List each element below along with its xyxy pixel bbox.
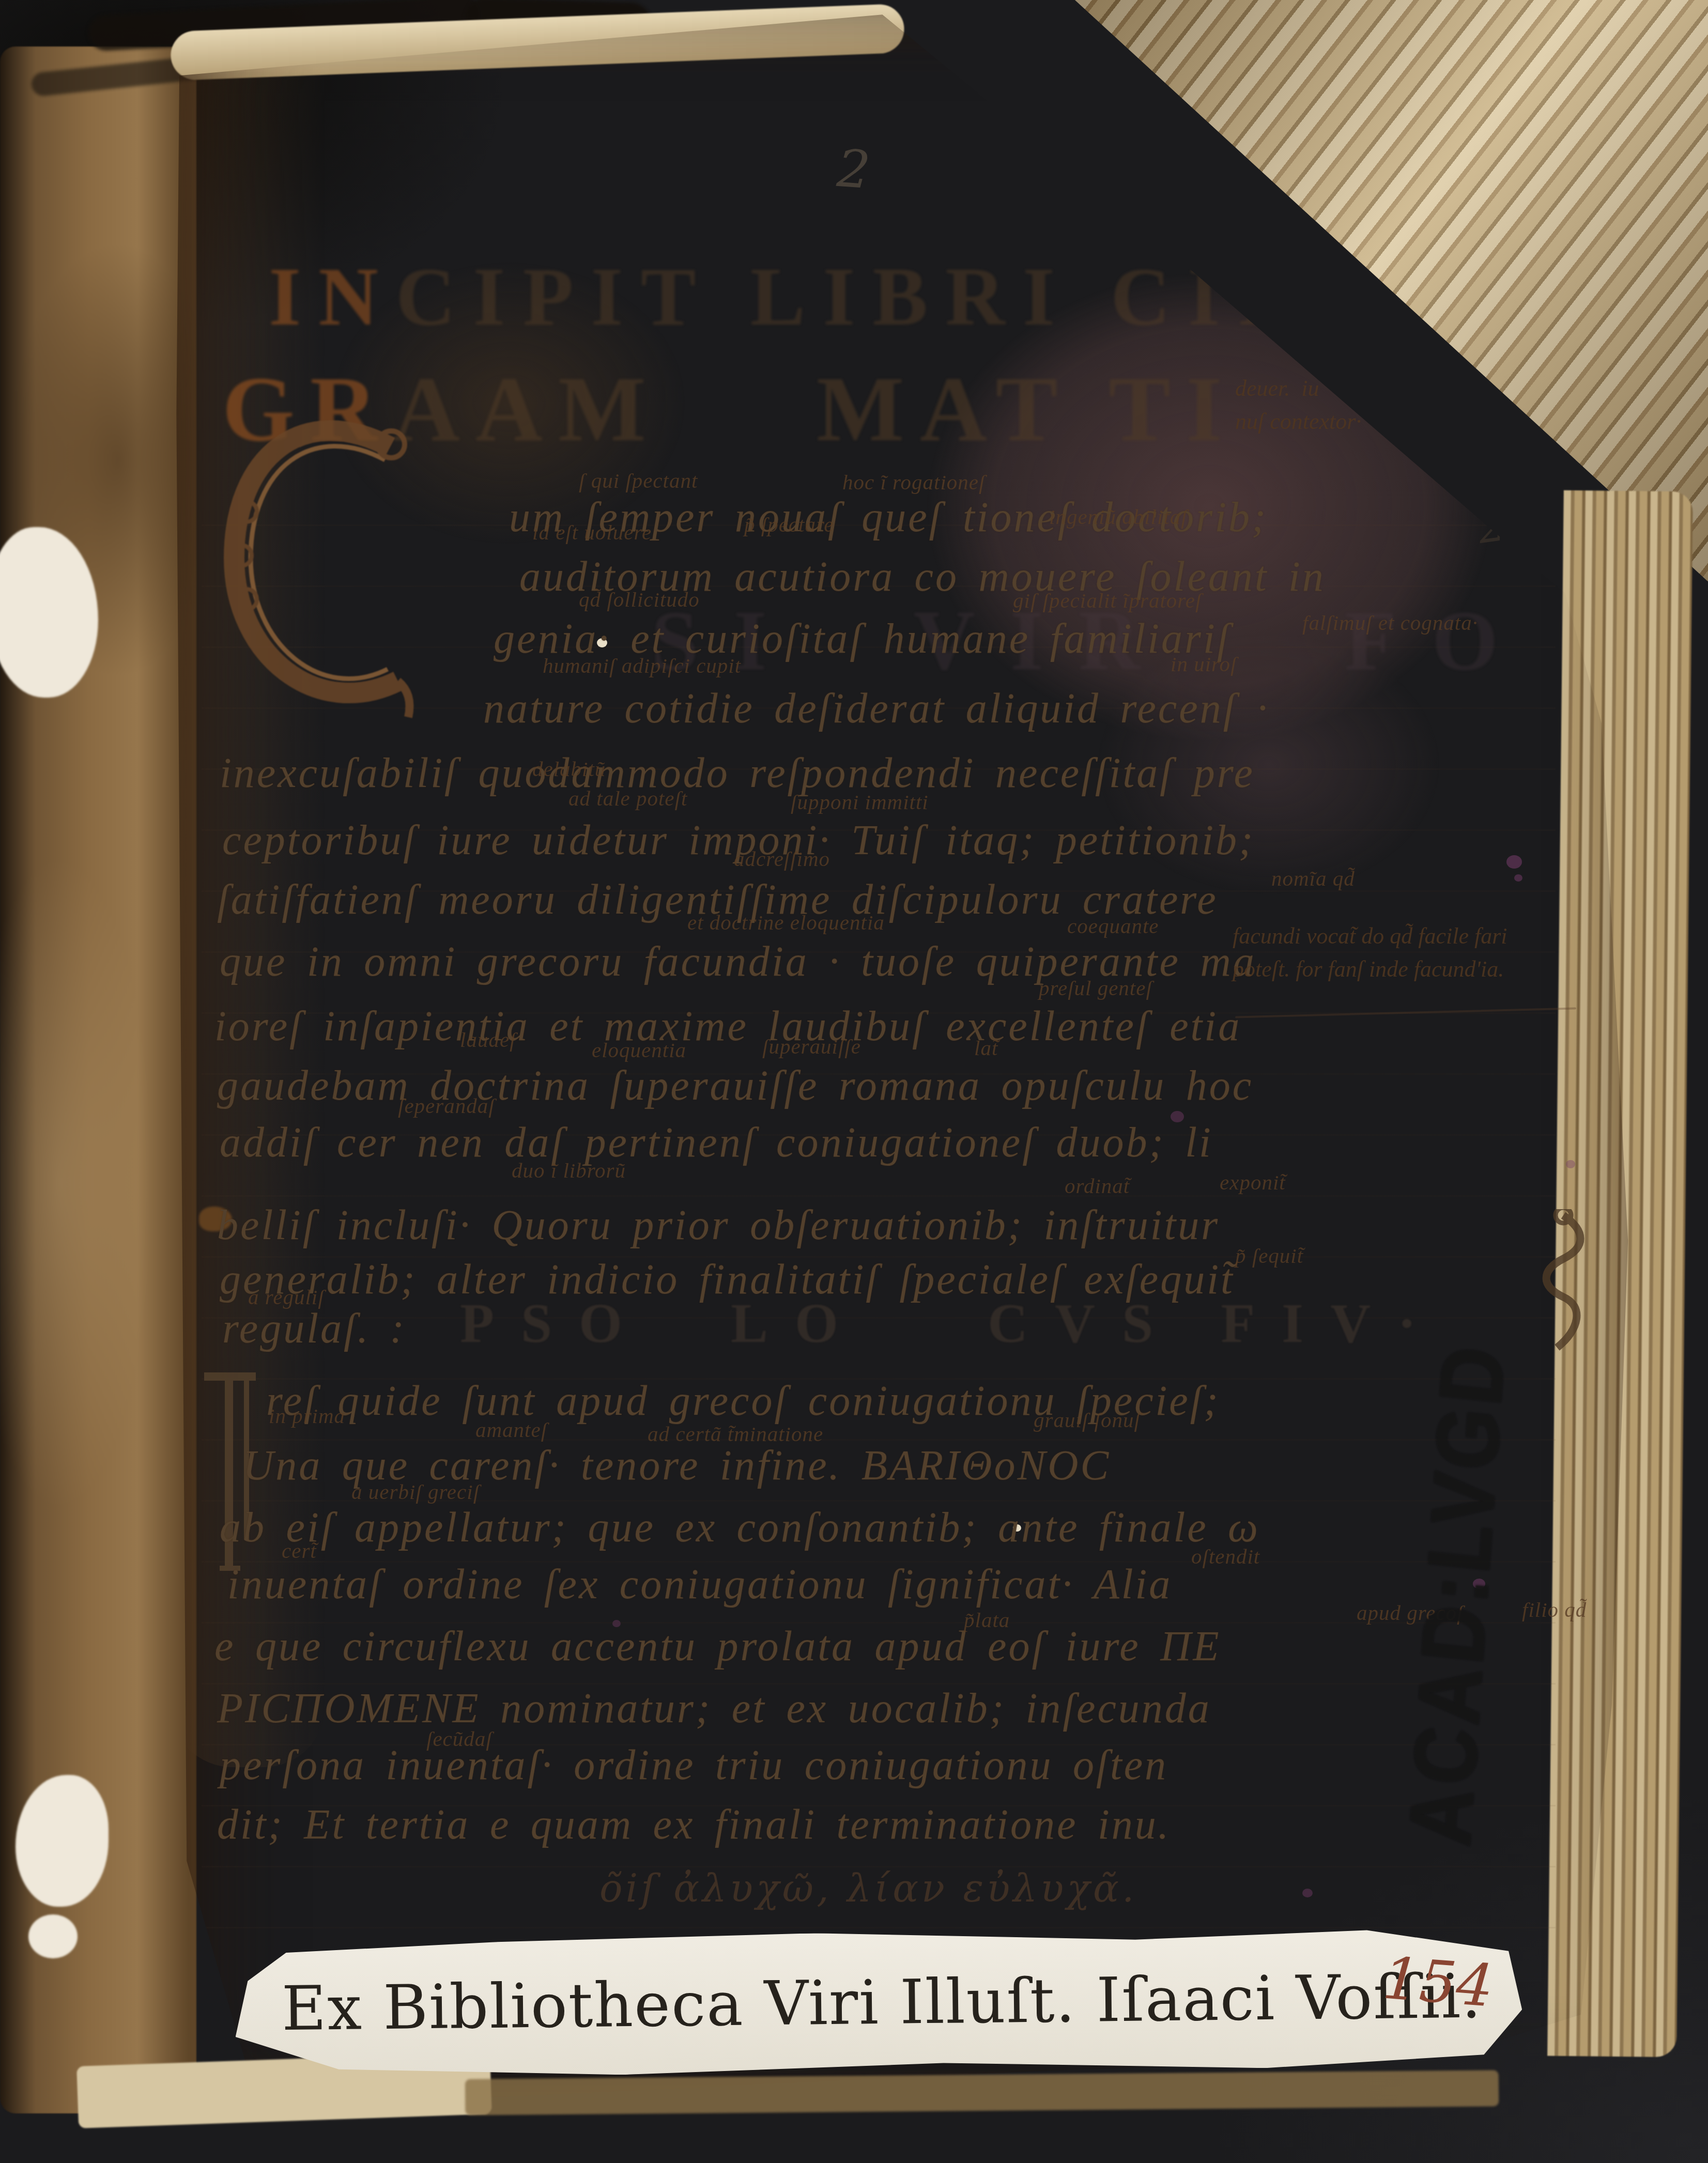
interlinear-gloss: hoc ĩ rogationeſ: [842, 472, 985, 493]
manuscript-line: inexcuſabiliſ quodammodo reſpondendi nec…: [220, 752, 1255, 794]
folio-number: 2: [836, 143, 872, 196]
interlinear-gloss: ſupponi immitti: [791, 792, 929, 813]
interlinear-gloss: delabitũ: [532, 759, 606, 780]
interlinear-gloss: ad certã t̃minatione: [648, 1424, 823, 1445]
rubric-red-text: IN: [269, 251, 396, 343]
interlinear-gloss: a reguliſ: [248, 1287, 325, 1308]
margin-note-facundia: facundi vocat̃ do qd̃ facile fari poteſt…: [1233, 920, 1507, 986]
interlinear-gloss: ingeniũ abilitaſ: [1049, 506, 1188, 528]
interlinear-gloss: id eſt uoluere: [532, 522, 652, 543]
interlinear-gloss: ſuperauiſſe: [762, 1036, 861, 1057]
incipit-title-line1: INCIPIT LIBRI CII: [269, 249, 1287, 345]
greek-annotation: õiſ ἀλυχῶ, λίαν εὐλυχᾶ.: [599, 1870, 1137, 1908]
illuminated-initial-C: [214, 408, 421, 729]
interlinear-gloss: a uerbiſ greciſ: [351, 1481, 480, 1503]
shelfmark-number: 154: [1381, 1950, 1496, 2016]
manuscript-line: regulaſ. :: [222, 1307, 406, 1350]
interlinear-gloss: in uiroſ: [1171, 654, 1237, 675]
interlinear-gloss: nomĩa qd̃: [1271, 868, 1355, 889]
ex-libris-label: Ex Bibliotheca Viri Illuſt. Iſaaci Voſſi…: [235, 1926, 1523, 2079]
manuscript-line: inuentaſ ordine ſex coniugationu ſignifi…: [227, 1563, 1172, 1605]
manuscript-line: perſona inuentaſ· ordine triu coniugatio…: [220, 1744, 1168, 1786]
interlinear-gloss: ad tale poteſt: [568, 788, 687, 809]
interlinear-gloss: oſtendit: [1191, 1546, 1260, 1567]
interlinear-gloss: coequante: [1067, 916, 1159, 937]
interlinear-gloss: eloquentia: [592, 1040, 686, 1061]
ink-spot: [1566, 1160, 1575, 1168]
parchment-damage-patch: [0, 527, 98, 698]
faded-rubric-capitals: PSO LO CVS FIV·: [460, 1296, 1443, 1352]
interlinear-gloss: p̃ ſequit̃: [1235, 1245, 1303, 1266]
interlinear-gloss: in prima: [269, 1405, 345, 1427]
interlinear-gloss: cert̃: [282, 1540, 317, 1562]
marginal-flourish: [1525, 1209, 1602, 1354]
manuscript-line: belliſ incluſi· Quoru prior obſeruationi…: [217, 1204, 1220, 1246]
interlinear-gloss: humaniſ adipiſci cupit: [543, 655, 741, 676]
ink-spot: [1302, 1889, 1313, 1897]
interlinear-gloss: ſeperandaſ: [398, 1095, 495, 1117]
manuscript-line: addiſ cer nen daſ pertinenſ coniugatione…: [220, 1121, 1213, 1164]
interlinear-gloss: preſul genteſ: [1039, 978, 1152, 999]
interlinear-gloss: duo ĩ librorũ: [512, 1160, 626, 1181]
interlinear-gloss: ſ qui ſpectant: [579, 470, 698, 491]
interlinear-gloss: et doctrine eloquentia: [687, 912, 885, 933]
manuscript-line: ab eiſ appellatur; que ex conſonantib; a…: [220, 1506, 1260, 1549]
interlinear-gloss: lat̃: [974, 1038, 998, 1059]
interlinear-gloss: p̃ ſpectare: [744, 514, 834, 535]
manuscript-line: gaudebam doctrina ſuperauiſſe romana opu…: [217, 1064, 1253, 1107]
interlinear-gloss: p̃lata: [964, 1610, 1010, 1631]
ink-spot: [1514, 874, 1522, 882]
interlinear-gloss: ordinat̃: [1065, 1176, 1130, 1197]
manuscript-line: PICΠOMENE nominatur; et ex uocalib; inſe…: [217, 1687, 1211, 1729]
interlinear-gloss: ſecũdaſ: [426, 1728, 493, 1750]
interlinear-gloss: qd̃ ſollicitudo: [579, 589, 700, 610]
interlinear-gloss: laudeſ: [460, 1029, 516, 1050]
ink-spot: [1506, 855, 1522, 869]
interlinear-gloss: adcreſſimo: [734, 848, 830, 870]
parchment-damage-patch: [16, 1775, 109, 1907]
manuscript-line: dit; Et tertia e quam ex finali terminat…: [217, 1803, 1171, 1846]
previous-leaf: [0, 47, 196, 2113]
interlinear-gloss: falſimuſ et cognata·: [1302, 612, 1478, 634]
manuscript-line: ioreſ inſapientia et maxime laudibuſ exc…: [214, 1005, 1241, 1047]
manuscript-line: e que circuflexu accentu prolata apud eo…: [214, 1625, 1221, 1667]
interlinear-gloss: amanteſ: [475, 1419, 547, 1441]
parchment-damage-patch: [28, 1914, 78, 1958]
ex-libris-text: Ex Bibliotheca Viri Illuſt. Iſaaci Voſſi…: [235, 1966, 1482, 2040]
interlinear-gloss: exponit̃: [1220, 1172, 1286, 1193]
interlinear-gloss: grauiſ ſonuſ: [1034, 1410, 1141, 1431]
interlinear-gloss: filio qd̃: [1522, 1599, 1587, 1620]
title-dark-text: CIPIT LIBRI CII: [396, 251, 1287, 343]
manuscript-line: nature cotidie deſiderat aliquid recenſ …: [483, 687, 1269, 730]
interlinear-gloss: giſ ſpecialit ĩpratoreſ: [1013, 590, 1202, 611]
